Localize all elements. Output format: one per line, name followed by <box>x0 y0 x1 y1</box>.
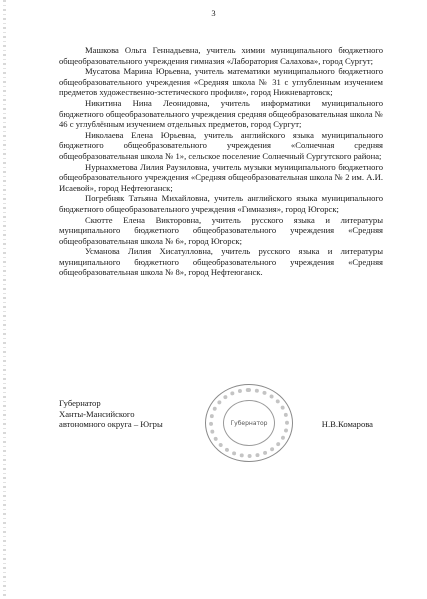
official-stamp-icon: Губернатор <box>205 384 293 462</box>
stamp-ring <box>209 388 289 458</box>
list-entry: Никитина Нина Леонидовна, учитель информ… <box>59 98 383 130</box>
signatory-name: Н.В.Комарова <box>322 419 373 429</box>
list-entry: Машкова Ольга Геннадьевна, учитель химии… <box>59 45 383 66</box>
list-entry: Скютте Елена Викторовна, учитель русског… <box>59 215 383 247</box>
list-entry: Нурнахметова Лилия Раузиловна, учитель м… <box>59 162 383 194</box>
signature-block: Губернатор Ханты-Мансийского автономного… <box>59 398 383 458</box>
list-entry: Погребняк Татьяна Михайловна, учитель ан… <box>59 193 383 214</box>
signatory-title: Губернатор Ханты-Мансийского автономного… <box>59 398 163 430</box>
signatory-title-line: Губернатор <box>59 398 163 409</box>
list-entry: Николаева Елена Юрьевна, учитель английс… <box>59 130 383 162</box>
signatory-title-line: Ханты-Мансийского <box>59 409 163 420</box>
list-entry: Усманова Лилия Хисатулловна, учитель рус… <box>59 246 383 278</box>
page-number: 3 <box>0 8 427 18</box>
signatory-title-line: автономного округа – Югры <box>59 419 163 430</box>
scan-edge-artifact <box>3 0 6 599</box>
teacher-list: Машкова Ольга Геннадьевна, учитель химии… <box>59 45 383 278</box>
list-entry: Мусатова Марина Юрьевна, учитель математ… <box>59 66 383 98</box>
